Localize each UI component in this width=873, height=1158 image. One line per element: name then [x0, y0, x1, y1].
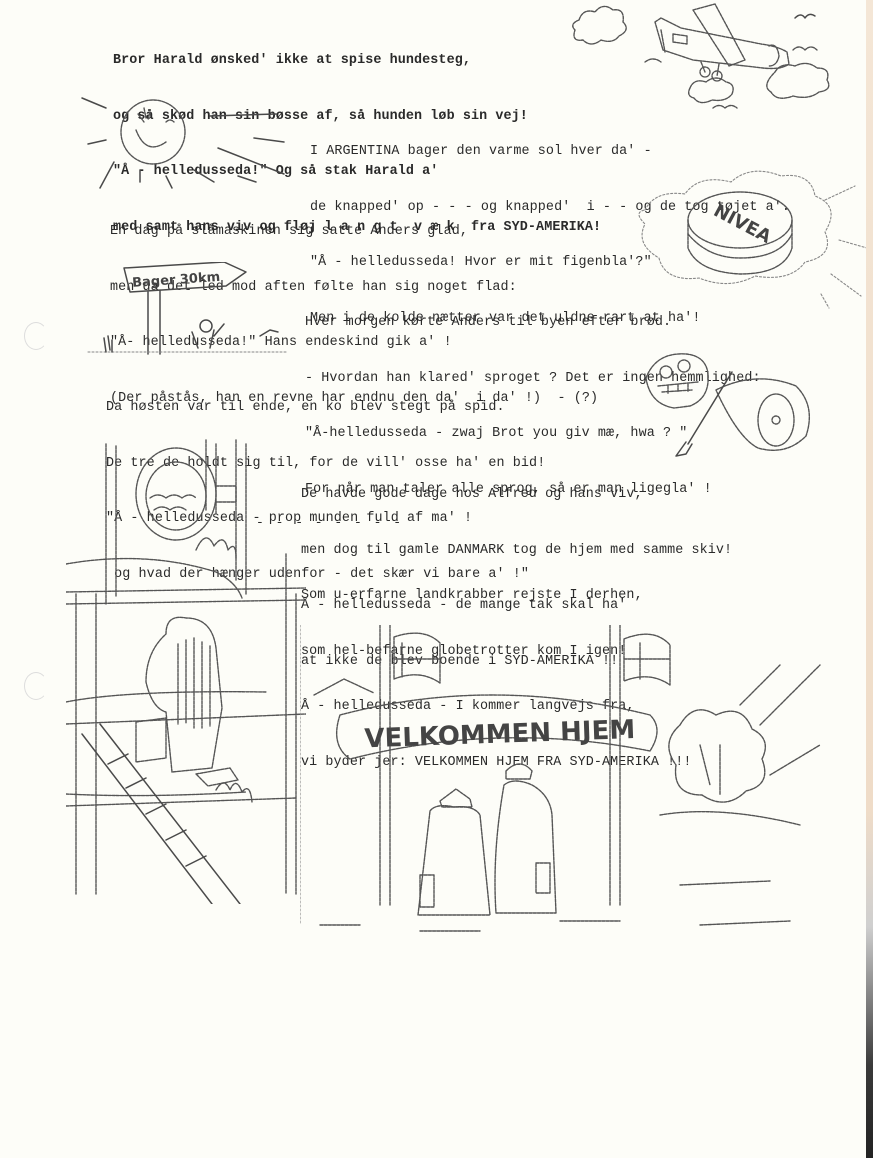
- stanza-line: Bror Harald ønsked' ikke at spise hundes…: [113, 52, 601, 71]
- punch-hole: [24, 322, 48, 350]
- airplane-icon: [655, 4, 789, 81]
- tin-label: NIVEA: [710, 200, 775, 248]
- punch-hole: [24, 672, 48, 700]
- bird-icon: [795, 14, 815, 18]
- welcome-home-illustration: VELKOMMEN HJEM: [300, 625, 860, 955]
- sun-illustration: [78, 92, 298, 192]
- song-sheet-page: Bror Harald ønsked' ikke at spise hundes…: [0, 0, 873, 1158]
- nivea-tin-illustration: NIVEA: [625, 170, 870, 310]
- stanza-line: I ARGENTINA bager den varme sol hver da'…: [310, 143, 790, 162]
- stanza-line: Da høsten var til ende, en ko blev stegt…: [106, 399, 545, 418]
- signpost-illustration: Bager 30km: [84, 262, 294, 357]
- airplane-illustration: [565, 0, 865, 110]
- stanza-line: De havde gode dage hos Alfred og hans vi…: [301, 486, 732, 505]
- ship-cabin-illustration: [66, 434, 306, 904]
- banner-text: VELKOMMEN HJEM: [364, 715, 636, 754]
- scan-edge: [866, 0, 873, 1158]
- stanza-line: En dag på slåmaskinen sig satte Anders g…: [110, 223, 598, 242]
- roast-carving-illustration: [636, 348, 816, 458]
- stanza-line: Hver morgen kørte Anders til byen efter …: [305, 314, 761, 333]
- stanza-line: Som u-erfarne landkrabber rejste I derhe…: [301, 587, 692, 606]
